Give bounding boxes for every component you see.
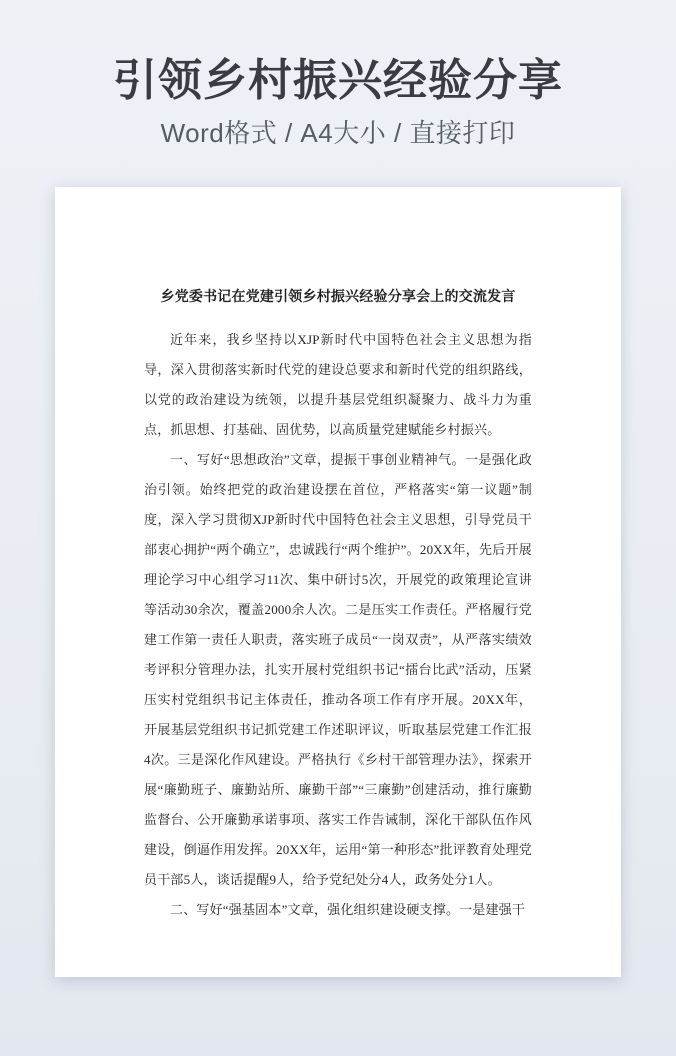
header: 引领乡村振兴经验分享 Word格式 / A4大小 / 直接打印 [0,0,676,148]
document-preview-page: 乡党委书记在党建引领乡村振兴经验分享会上的交流发言 近年来，我乡坚持以XJP新时… [55,187,621,977]
document-title: 乡党委书记在党建引领乡村振兴经验分享会上的交流发言 [144,288,532,308]
page-background: 引领乡村振兴经验分享 Word格式 / A4大小 / 直接打印 乡党委书记在党建… [0,0,676,148]
document-paragraph-intro: 近年来，我乡坚持以XJP新时代中国特色社会主义思想为指导，深入贯彻落实新时代党的… [144,325,532,445]
document-body: 近年来，我乡坚持以XJP新时代中国特色社会主义思想为指导，深入贯彻落实新时代党的… [144,325,532,925]
document-paragraph-section-2-truncated: 二、写好“强基固本”文章，强化组织建设硬支撑。一是建强干 [144,895,532,925]
page-subtitle: Word格式 / A4大小 / 直接打印 [0,118,676,148]
document-paragraph-section-1: 一、写好“思想政治”文章，提振干事创业精神气。一是强化政治引领。始终把党的政治建… [144,445,532,895]
page-title: 引领乡村振兴经验分享 [0,56,676,106]
